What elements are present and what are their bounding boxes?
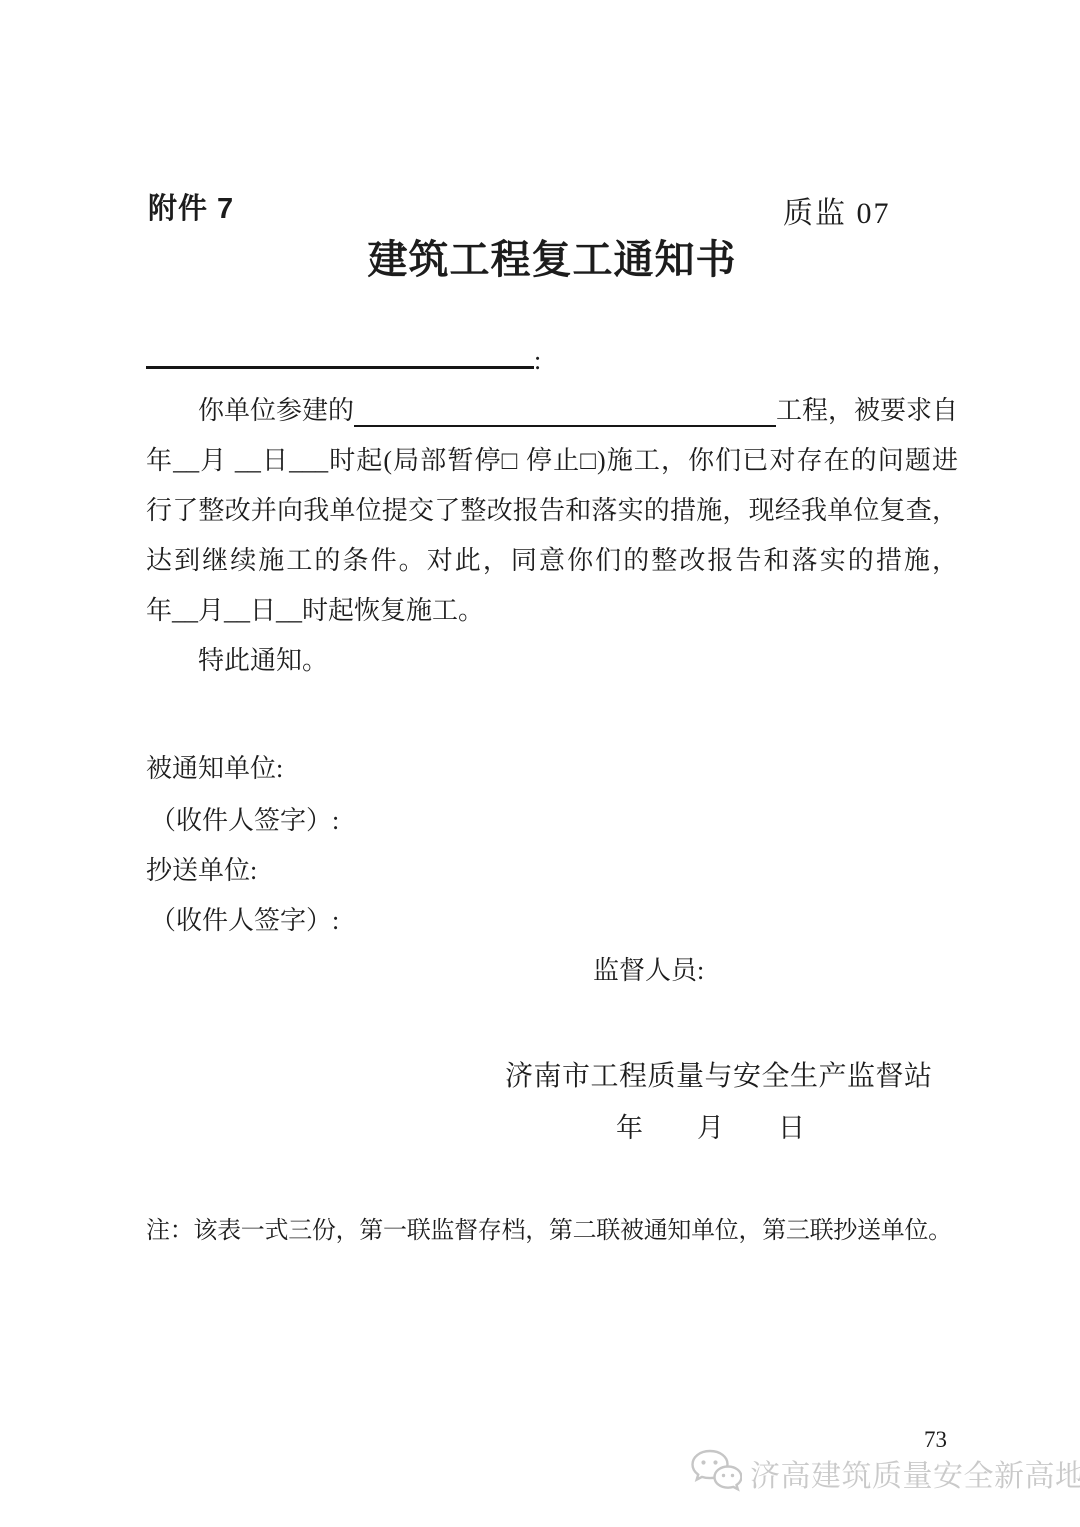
page-title: 建筑工程复工通知书: [146, 228, 958, 285]
footnote: 注：该表一式三份，第一联监督存档，第二联被通知单位，第三联抄送单位。: [146, 1210, 952, 1245]
paragraph-line-4: 达到继续施工的条件。对此，同意你们的整改报告和落实的措施，准予自: [146, 536, 958, 586]
notified-unit-label: 被通知单位:: [146, 748, 283, 785]
body-text: : 你单位参建的 工程，被要求自 年__月 __日___时起(局部暂停□ 停止□…: [146, 336, 958, 686]
salutation-line: :: [146, 336, 958, 386]
paragraph-line-5: 年__月__日__时起恢复施工。: [146, 586, 958, 636]
wechat-icon: [690, 1448, 742, 1497]
closing-line: 特此通知。: [146, 636, 958, 686]
document-page: 附件 7 质监 07 建筑工程复工通知书 : 你单位参建的 工程，被要求自 年_…: [0, 0, 1080, 1527]
recipient-blank: [146, 340, 534, 369]
doc-code: 质监 07: [783, 188, 891, 232]
paragraph-line-2: 年__月 __日___时起(局部暂停□ 停止□)施工，你们已对存在的问题进: [146, 436, 958, 486]
supervisor-label: 监督人员:: [593, 950, 704, 987]
paragraph-line-1: 你单位参建的 工程，被要求自: [146, 386, 958, 436]
recipient-signature-label-2: （收件人签字）:: [150, 900, 339, 937]
date-blank-line: 年 月 日: [616, 1106, 805, 1145]
project-name-blank: [354, 386, 776, 427]
watermark: 济高建筑质量安全新高地: [690, 1448, 1080, 1497]
watermark-text: 济高建筑质量安全新高地: [750, 1451, 1080, 1495]
paragraph-line-3: 行了整改并向我单位提交了整改报告和落实的措施，现经我单位复查，已: [146, 486, 958, 536]
attachment-label: 附件 7: [148, 186, 234, 227]
issuing-organization: 济南市工程质量与安全生产监督站: [505, 1054, 933, 1094]
copy-unit-label: 抄送单位:: [146, 850, 257, 887]
recipient-signature-label-1: （收件人签字）:: [150, 800, 339, 837]
line1-suffix: 工程，被要求自: [776, 386, 958, 436]
salutation-colon: :: [534, 346, 541, 375]
line1-prefix: 你单位参建的: [146, 386, 354, 436]
